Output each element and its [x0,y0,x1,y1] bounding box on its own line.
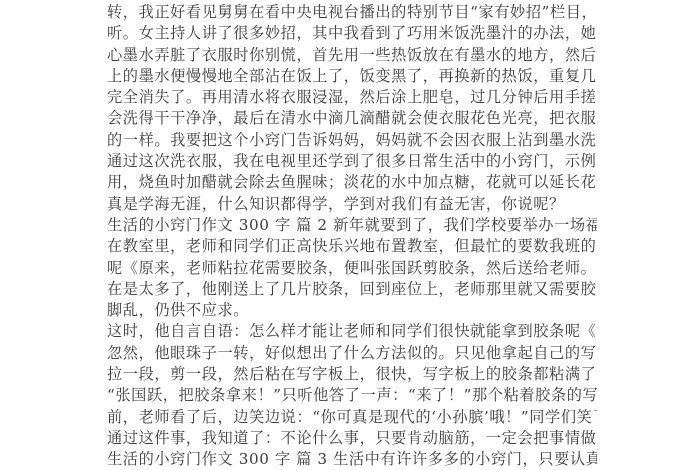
text-line: 在是太多了，他刚送上了几片胶条，回到座位上，老师那里就又需要胶条，让他感到手忙 [107,279,597,300]
text-line: 心墨水弄脏了衣服时你别慌，首先用一些热饭放在有墨水的地方，然后连续搓洗，那衣服 [107,45,597,66]
text-line: 呢《原来，老师粘拉花需要胶条，便叫张国跃剪胶条，然后送给老师。可是需要的胶条实 [107,258,597,279]
text-line: 的一样。我要把这个小窍门告诉妈妈，妈妈就不会因衣服上沾到墨水洗不干净而犯愁了。 [107,130,597,151]
text-line: 拉一段，剪一段，然后粘在写字板上，很快，写字板上的胶条都粘满了，这时，老师说： [107,364,597,385]
text-line: 完全消失了。再用清水将衣服浸湿，然后涂上肥皂，过几分钟后用手搓洗墨迹处，这样就 [107,87,597,108]
section-heading-line: 生活的小窍门作文 300 字 篇 3 生活中有许许多多的小窍门，只要认真察看就一… [107,449,597,470]
text-line: 这时，他自言自语：怎么样才能让老师和同学们很快就能拿到胶条呢《他一直在想啊想， [107,321,597,342]
section-heading-line: 生活的小窍门作文 300 字 篇 2 新年就要到了，我们学校要举办一场福娃联欢会… [107,215,597,236]
text-line: 用，烧鱼时加醋就会除去鱼腥味；淡花的水中加点糖，花就可以延长花期…… [107,172,597,193]
text-line: 在教室里，老师和同学们正高快乐兴地布置教室，但最忙的要数我班的张国跃了。为什么 [107,236,597,257]
text-line: 忽然，他眼珠子一转，好似想出了什么方法似的。只见他拿起自己的写字板和一卷胶条， [107,343,597,364]
text-line: 上的墨水便慢慢地全部沾在饭上了，饭变黑了，再换新的热饭，重复几次衣服上的墨迹就 [107,66,597,87]
document-page: 转，我正好看见舅舅在看中央电视台播出的特别节目“家有妙招”栏目，我也坐下来洗耳恭… [107,2,597,470]
text-line: 通过这件事，我知道了：不论什么事，只要肯动脑筋，一定会把事情做得更好。 [107,428,597,449]
text-line: 脚乱，仍供不应求。 [107,300,597,321]
text-line: 通过这次洗衣服，我在电视里还学到了很多日常生活中的小窍门，示例：在厨房中醋的妙 [107,151,597,172]
text-line: 转，我正好看见舅舅在看中央电视台播出的特别节目“家有妙招”栏目，我也坐下来洗耳恭 [107,2,597,23]
text-line: 前，老师看了后，边笑边说：“你可真是现代的‘小孙膑’哦！”同学们笑了，他呢《也笑… [107,407,597,428]
text-line: 真是学海无涯，什么知识都得学，学到对我们有益无害，你说呢？ [107,194,597,215]
text-line: 听。女主持人讲了很多妙招，其中我看到了巧用米饭洗墨汁的办法，她告诉我们如果不小 [107,23,597,44]
text-line: 会洗得干干净净，最后在清水中滴几滴醋就会使衣服花色光亮，把衣服捞起凉干，使和新 [107,108,597,129]
text-line: “张国跃，把胶条拿来！”只听他答了一声：“来了！”那个粘着胶条的写字板便呈现在老… [107,385,597,406]
